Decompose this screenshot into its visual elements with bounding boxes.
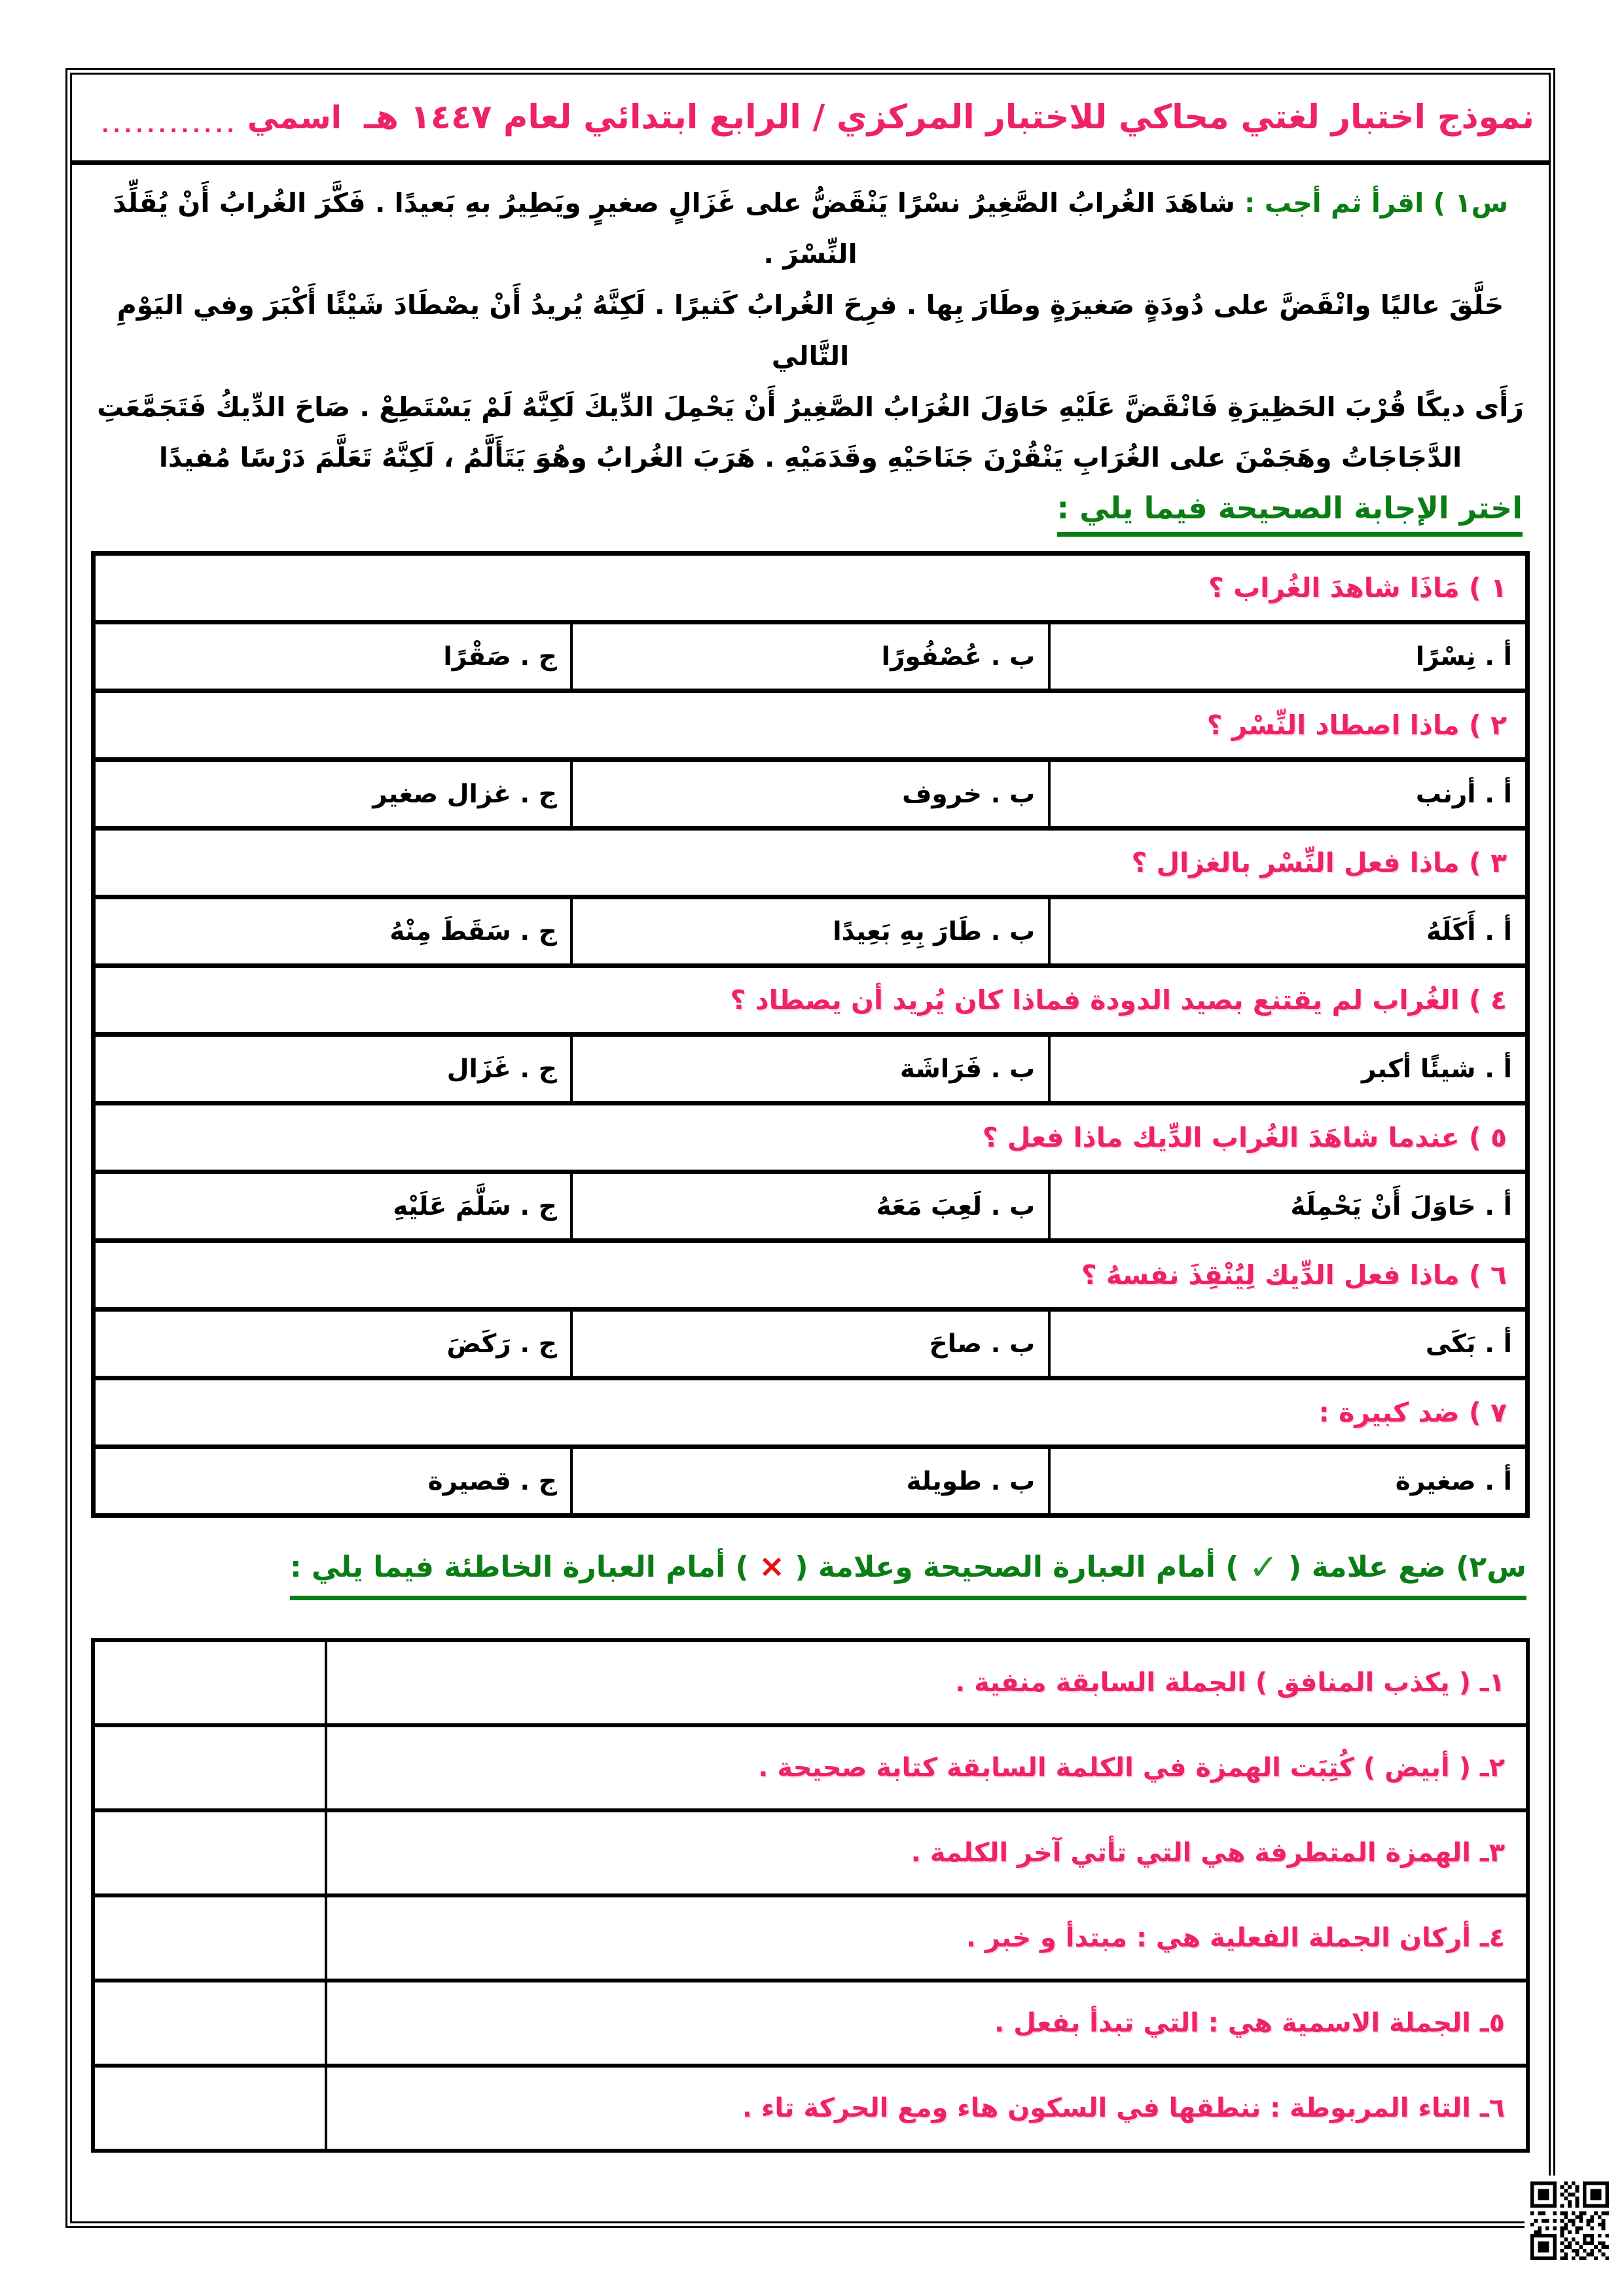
- mcq-option-c[interactable]: ج . سَقَطَ مِنْهُ: [94, 897, 571, 966]
- section2-heading: س٢) ضع علامة ( ✓ ) أمام العبارة الصحيحة …: [72, 1518, 1549, 1600]
- tf-statement: ٦ـ التاء المربوطة : ننطقها في السكون هاء…: [326, 2066, 1528, 2151]
- mcq-question: ٤ ) الغُراب لم يقتنع بصيد الدودة فماذا ك…: [94, 966, 1528, 1035]
- mcq-option-b[interactable]: ب . لَعِبَ مَعَهُ: [571, 1172, 1049, 1241]
- mcq-question-row: ٣ ) ماذا فعل النِّسْر بالغزال ؟: [94, 829, 1528, 897]
- tf-statement: ٤ـ أركان الجملة الفعلية هي : مبتدأ و خبر…: [326, 1895, 1528, 1981]
- mcq-question-row: ٢ ) ماذا اصطاد النِّسْر ؟: [94, 691, 1528, 760]
- mcq-question: ٣ ) ماذا فعل النِّسْر بالغزال ؟: [94, 829, 1528, 897]
- name-label: اسمي: [247, 99, 342, 136]
- question1-label: س١ ) اقرأ ثم أجب :: [1244, 187, 1508, 219]
- tf-answer-box[interactable]: [93, 1895, 326, 1981]
- passage-line: حَلَّقَ عاليًا وانْقَضَّ على دُودَةٍ صَغ…: [84, 280, 1537, 382]
- mcq-option-c[interactable]: ج . غزال صغير: [94, 760, 571, 829]
- mcq-options-row: أ . صغيرة ب . طويلة ج . قصيرة: [94, 1447, 1528, 1516]
- mcq-question-row: ٤ ) الغُراب لم يقتنع بصيد الدودة فماذا ك…: [94, 966, 1528, 1035]
- mcq-options-row: أ . نِسْرًا ب . عُصْفُورًا ج . صَقْرًا: [94, 622, 1528, 691]
- mcq-option-b[interactable]: ب . طويلة: [571, 1447, 1049, 1516]
- mcq-option-a[interactable]: أ . أرنب: [1049, 760, 1527, 829]
- tf-row: ٤ـ أركان الجملة الفعلية هي : مبتدأ و خبر…: [93, 1895, 1528, 1981]
- section2-heading-text: ) أمام العبارة الصحيحة وعلامة (: [785, 1551, 1249, 1584]
- mcq-option-b[interactable]: ب . طَارَ بِهِ بَعِيدًا: [571, 897, 1049, 966]
- name-field: اسمي ...................................…: [96, 98, 342, 137]
- mcq-question: ٦ ) ماذا فعل الدِّيك لِيُنْقِذَ نفسهُ ؟: [94, 1241, 1528, 1310]
- cross-mark-icon: ×: [759, 1548, 785, 1585]
- mcq-question-row: ٧ ) ضد كبيرة :: [94, 1378, 1528, 1447]
- reading-passage: س١ ) اقرأ ثم أجب : شاهَدَ الغُرابُ الصَّ…: [72, 165, 1549, 486]
- mcq-question: ١ ) مَاذَا شاهدَ الغُراب ؟: [94, 554, 1528, 622]
- tf-answer-box[interactable]: [93, 1725, 326, 1810]
- mcq-option-c[interactable]: ج . صَقْرًا: [94, 622, 571, 691]
- mcq-question: ٧ ) ضد كبيرة :: [94, 1378, 1528, 1447]
- tf-statement: ١ـ ( يكذب المنافق ) الجملة السابقة منفية…: [326, 1640, 1528, 1725]
- passage-text: شاهَدَ الغُرابُ الصَّغِيرُ نسْرًا يَنْقَ…: [113, 187, 1235, 270]
- tf-statement: ٣ـ الهمزة المتطرفة هي التي تأتي آخر الكل…: [326, 1810, 1528, 1895]
- mcq-option-a[interactable]: أ . صغيرة: [1049, 1447, 1527, 1516]
- mcq-option-c[interactable]: ج . سَلَّمَ عَلَيْهِ: [94, 1172, 571, 1241]
- check-mark-icon: ✓: [1249, 1547, 1278, 1588]
- mcq-option-a[interactable]: أ . أَكَلَهُ: [1049, 897, 1527, 966]
- mcq-option-b[interactable]: ب . خروف: [571, 760, 1049, 829]
- passage-line: س١ ) اقرأ ثم أجب : شاهَدَ الغُرابُ الصَّ…: [84, 178, 1537, 280]
- mcq-question-row: ٥ ) عندما شاهَدَ الغُراب الدِّيك ماذا فع…: [94, 1103, 1528, 1172]
- tf-statement: ٥ـ الجملة الاسمية هي : التي تبدأ بفعل .: [326, 1981, 1528, 2066]
- exam-page: { "header": { "title": "نموذج اختبار لغت…: [0, 0, 1624, 2296]
- tf-statement: ٢ـ ( أبيض ) كُتِبَت الهمزة في الكلمة الس…: [326, 1725, 1528, 1810]
- tf-answer-box[interactable]: [93, 1810, 326, 1895]
- mcq-options-row: أ . حَاوَلَ أَنْ يَحْمِلَهُ ب . لَعِبَ م…: [94, 1172, 1528, 1241]
- mcq-option-b[interactable]: ب . فَرَاشَة: [571, 1035, 1049, 1103]
- mcq-options-row: أ . أرنب ب . خروف ج . غزال صغير: [94, 760, 1528, 829]
- mcq-option-c[interactable]: ج . غَزَال: [94, 1035, 571, 1103]
- tf-answer-box[interactable]: [93, 2066, 326, 2151]
- tf-row: ٢ـ ( أبيض ) كُتِبَت الهمزة في الكلمة الس…: [93, 1725, 1528, 1810]
- tf-row: ٦ـ التاء المربوطة : ننطقها في السكون هاء…: [93, 2066, 1528, 2151]
- mcq-question-row: ١ ) مَاذَا شاهدَ الغُراب ؟: [94, 554, 1528, 622]
- mcq-question-row: ٦ ) ماذا فعل الدِّيك لِيُنْقِذَ نفسهُ ؟: [94, 1241, 1528, 1310]
- passage-line: الدَّجَاجَاتُ وهَجَمْنَ على الغُرَابِ يَ…: [84, 433, 1537, 484]
- page-title: نموذج اختبار لغتي محاكي للاختبار المركزي…: [364, 98, 1534, 137]
- mcq-question: ٥ ) عندما شاهَدَ الغُراب الدِّيك ماذا فع…: [94, 1103, 1528, 1172]
- choose-answer-heading: اختر الإجابة الصحيحة فيما يلي :: [72, 486, 1549, 537]
- passage-line: رَأَى ديكًا قُرْبَ الحَظِيرَةِ فَانْقَضَ…: [84, 382, 1537, 433]
- mcq-option-a[interactable]: أ . نِسْرًا: [1049, 622, 1527, 691]
- tf-row: ١ـ ( يكذب المنافق ) الجملة السابقة منفية…: [93, 1640, 1528, 1725]
- mcq-option-a[interactable]: أ . شيئًا أكبر: [1049, 1035, 1527, 1103]
- mcq-option-c[interactable]: ج . رَكَضَ: [94, 1310, 571, 1378]
- tf-answer-box[interactable]: [93, 1640, 326, 1725]
- section2-heading-text: ) أمام العبارة الخاطئة فيما يلي :: [290, 1551, 759, 1584]
- tf-row: ٥ـ الجملة الاسمية هي : التي تبدأ بفعل .: [93, 1981, 1528, 2066]
- mcq-option-b[interactable]: ب . صاحَ: [571, 1310, 1049, 1378]
- mcq-options-row: أ . بَكَى ب . صاحَ ج . رَكَضَ: [94, 1310, 1528, 1378]
- name-fill-line[interactable]: ........................................…: [96, 115, 238, 137]
- mcq-option-c[interactable]: ج . قصيرة: [94, 1447, 571, 1516]
- tf-answer-box[interactable]: [93, 1981, 326, 2066]
- tf-row: ٣ـ الهمزة المتطرفة هي التي تأتي آخر الكل…: [93, 1810, 1528, 1895]
- header: نموذج اختبار لغتي محاكي للاختبار المركزي…: [72, 75, 1549, 165]
- mcq-table: ١ ) مَاذَا شاهدَ الغُراب ؟ أ . نِسْرًا ب…: [91, 551, 1530, 1518]
- mcq-option-b[interactable]: ب . عُصْفُورًا: [571, 622, 1049, 691]
- mcq-option-a[interactable]: أ . بَكَى: [1049, 1310, 1527, 1378]
- page-border-frame: نموذج اختبار لغتي محاكي للاختبار المركزي…: [65, 68, 1555, 2228]
- mcq-option-a[interactable]: أ . حَاوَلَ أَنْ يَحْمِلَهُ: [1049, 1172, 1527, 1241]
- mcq-options-row: أ . أَكَلَهُ ب . طَارَ بِهِ بَعِيدًا ج .…: [94, 897, 1528, 966]
- true-false-table: ١ـ ( يكذب المنافق ) الجملة السابقة منفية…: [91, 1638, 1530, 2153]
- qr-code-icon: [1525, 2176, 1615, 2266]
- mcq-question: ٢ ) ماذا اصطاد النِّسْر ؟: [94, 691, 1528, 760]
- section2-heading-text: س٢) ضع علامة (: [1278, 1551, 1526, 1584]
- mcq-options-row: أ . شيئًا أكبر ب . فَرَاشَة ج . غَزَال: [94, 1035, 1528, 1103]
